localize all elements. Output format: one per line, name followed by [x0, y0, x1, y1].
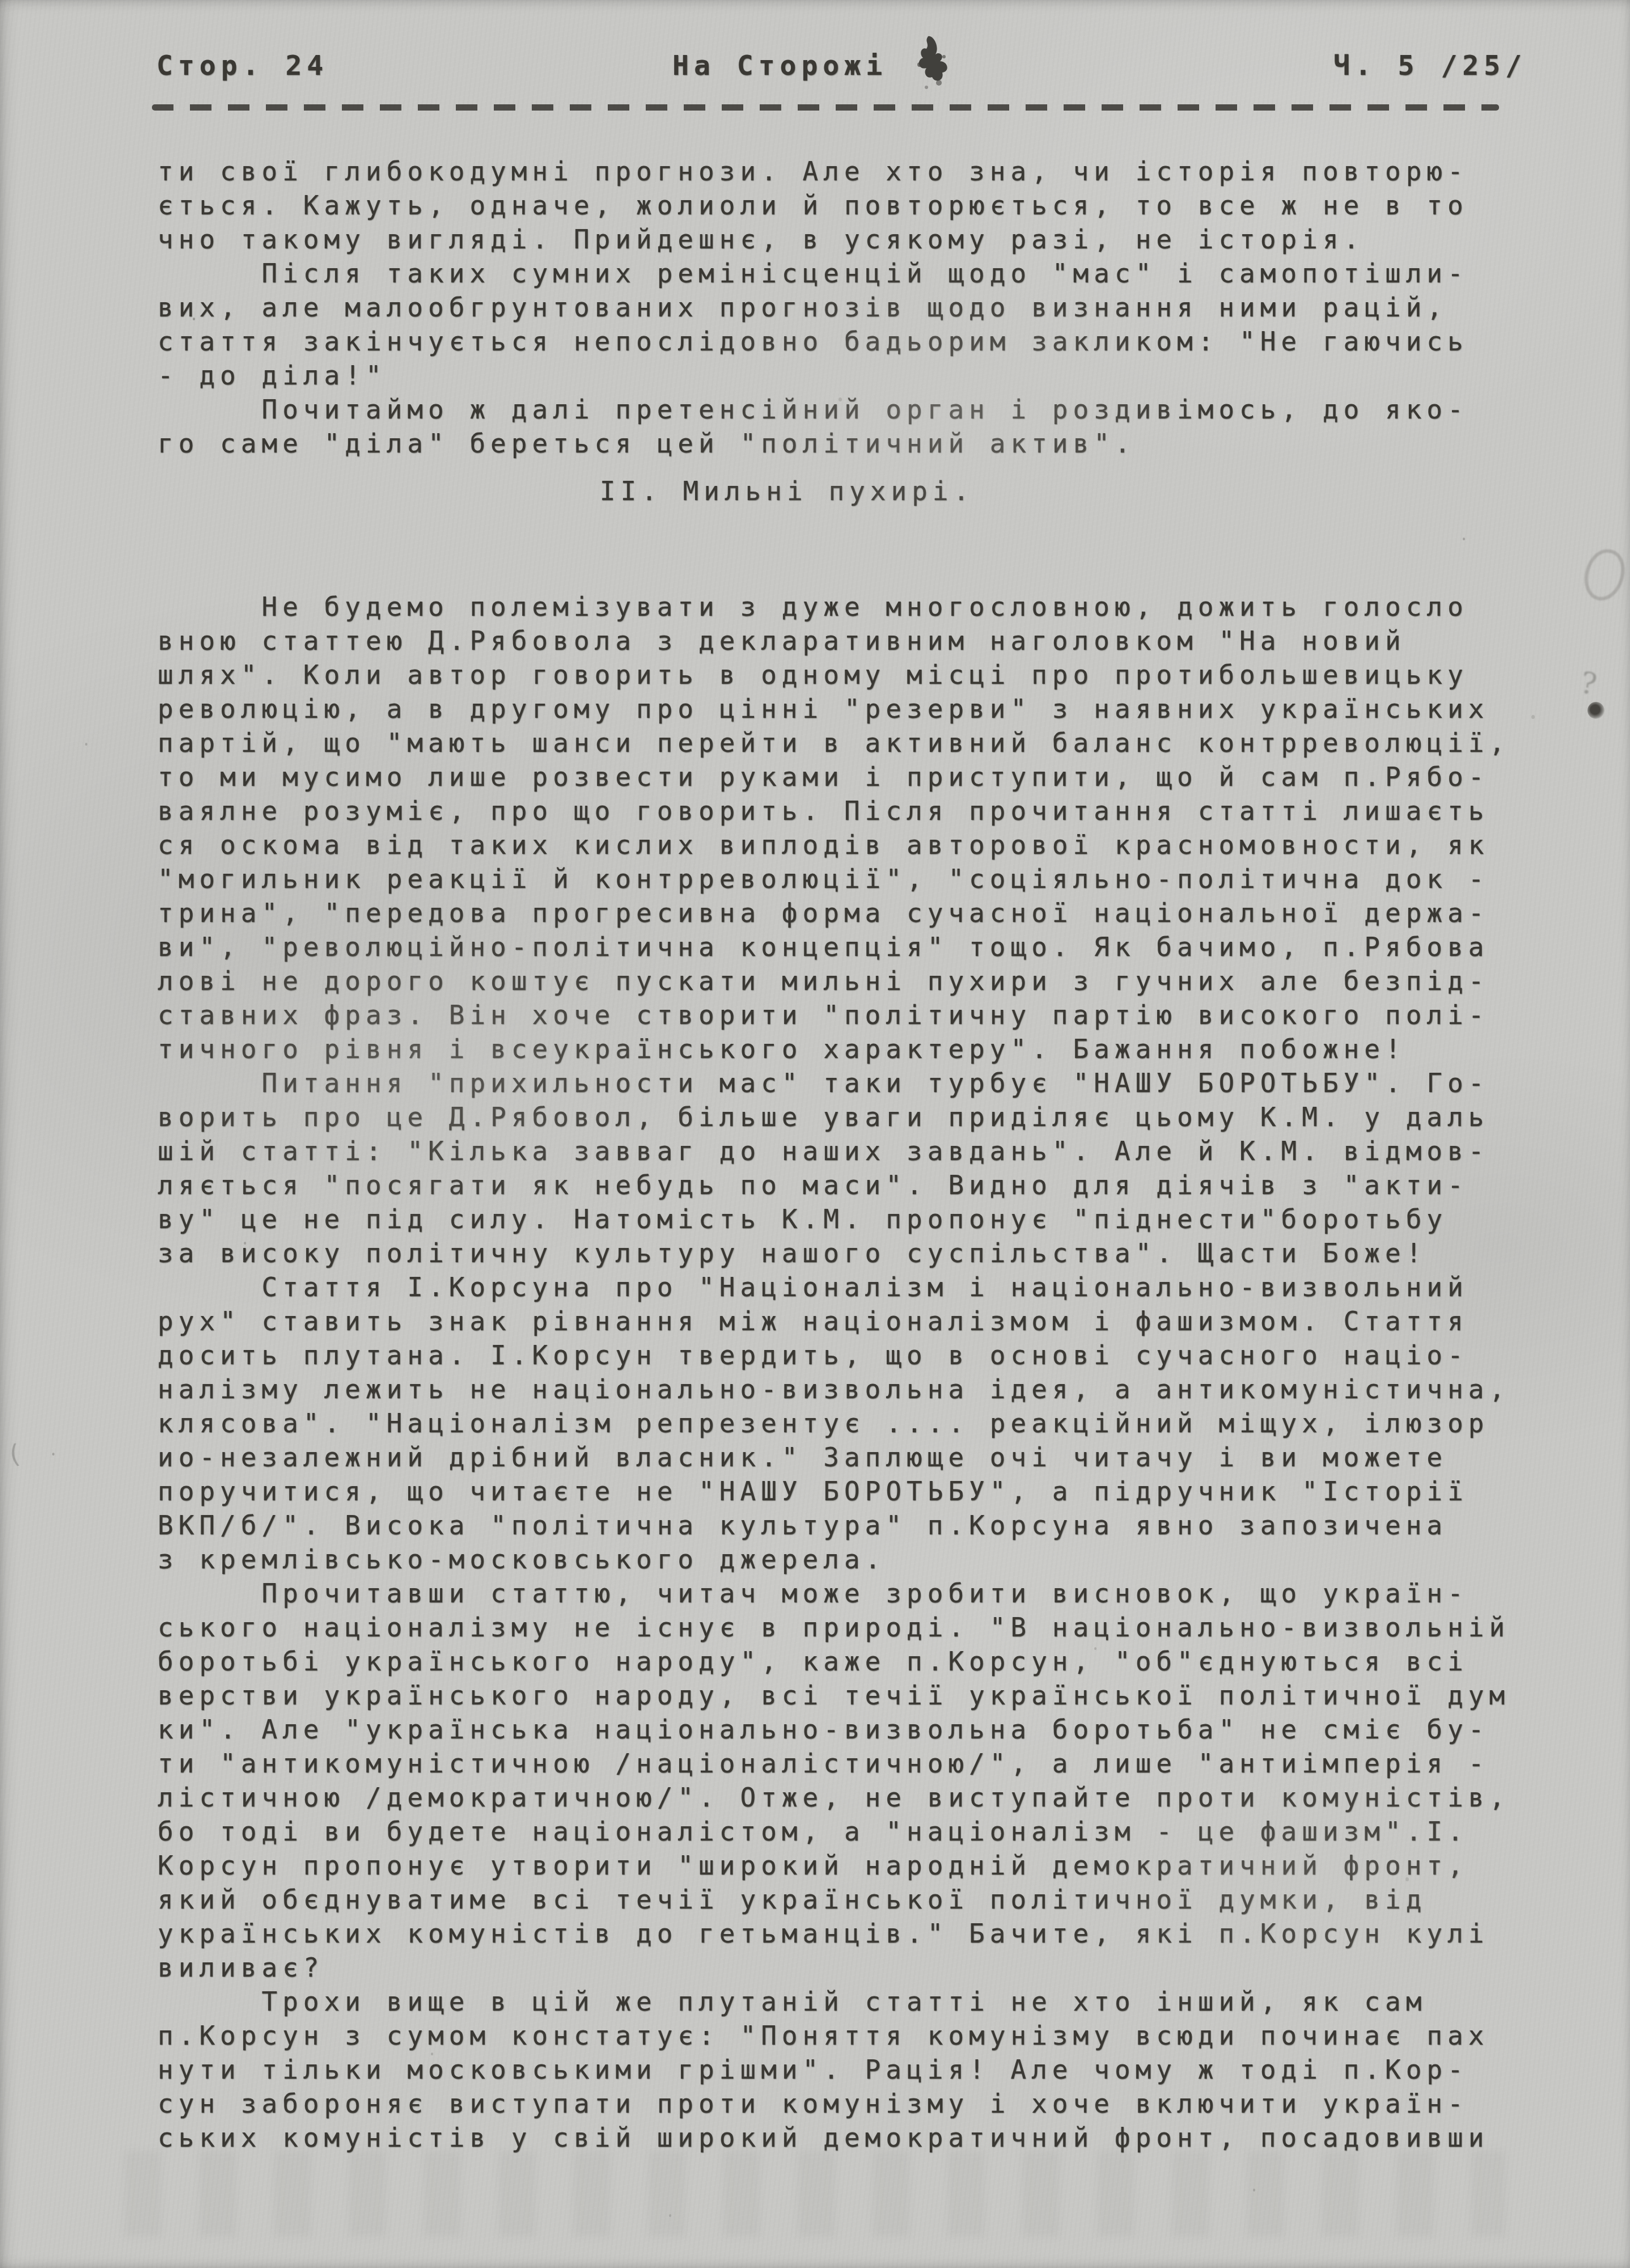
- bleed-through-ghost-band: [125, 2151, 1505, 2236]
- trident-ink-blot-icon: [909, 35, 951, 100]
- paragraph: Питання "прихильности мас" таки турбує "…: [158, 1066, 1530, 1270]
- margin-squiggle-mark: ?: [1578, 666, 1599, 702]
- margin-ink-dot: [1587, 702, 1604, 719]
- issue-label: Ч. 5 /25/: [1333, 50, 1527, 82]
- article-body: ти свої глибокодумні прогнози. Але хто з…: [158, 154, 1530, 2155]
- document-page: Стор. 24 На Сторожі Ч. 5 /25/ ти свої гл…: [0, 0, 1630, 2268]
- paragraph: Почитаймо ж далі претенсійний орган і ро…: [158, 392, 1530, 460]
- paragraph: Після таких сумних ремінісценцій щодо "м…: [158, 256, 1530, 392]
- margin-ring-stain: [1580, 545, 1629, 605]
- paragraph: Стаття І.Корсуна про "Націоналізм і наці…: [158, 1270, 1530, 1576]
- section-heading: ІІ. Мильні пухирі.: [101, 474, 1473, 508]
- journal-title: На Сторожі: [672, 50, 887, 82]
- page-number-label: Стор. 24: [156, 50, 328, 82]
- paragraph: Прочитавши статтю, читач може зробити ви…: [158, 1576, 1530, 1984]
- paragraph: ти свої глибокодумні прогнози. Але хто з…: [158, 154, 1530, 256]
- paragraph: Не будемо полемізувати з дуже многословн…: [158, 590, 1530, 1066]
- page-header: Стор. 24 На Сторожі Ч. 5 /25/: [156, 50, 1527, 82]
- left-margin-tick: (: [5, 1439, 24, 1470]
- paragraph: Трохи вище в цій же плутаній статті не х…: [158, 1984, 1530, 2155]
- header-divider-dashed-rule: [152, 104, 1499, 111]
